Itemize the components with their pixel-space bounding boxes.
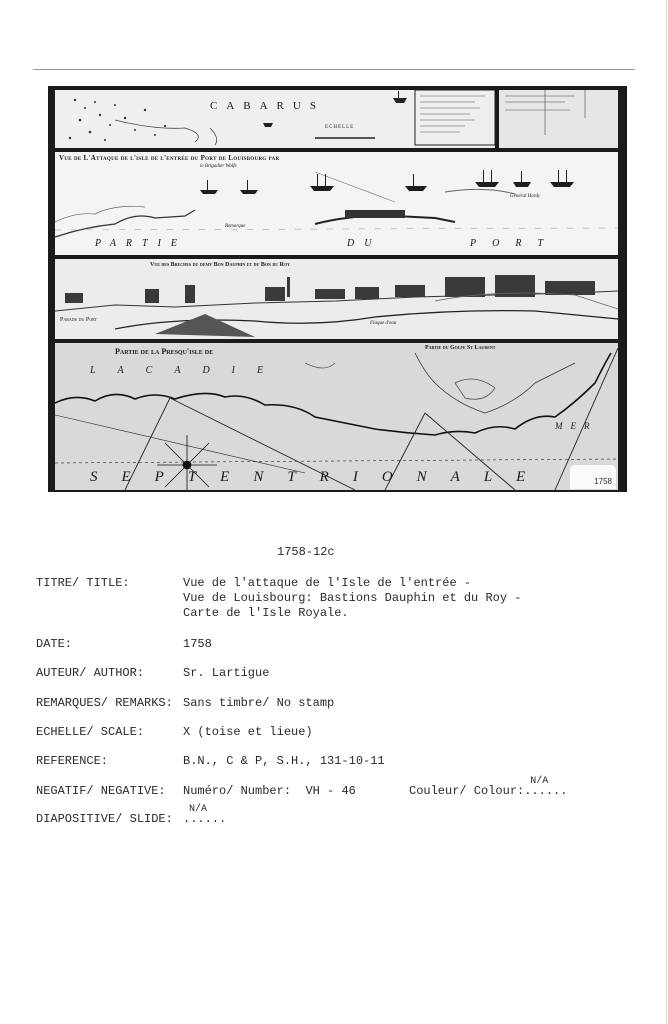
title-value: Vue de l'attaque de l'Isle de l'entrée -… <box>183 576 521 621</box>
plate-number-tag: 1758 <box>570 465 616 489</box>
colour-note: N/A <box>530 774 548 789</box>
golfe-label: Partie du Golfe St Laurent <box>425 345 495 351</box>
port-label: PORT <box>470 238 559 249</box>
scale-bar-label: ECHELLE <box>325 125 354 130</box>
title-label: TITRE/ TITLE: <box>36 576 130 591</box>
colour-label: Couleur/ Colour: <box>409 784 524 798</box>
catalog-number: 1758-12c <box>277 545 335 559</box>
map-panel-breaches-view: Vue des Breches du demy Bon Dauphin et d… <box>55 259 618 339</box>
attack-view-subtitle: le Brigadier Wolfe <box>200 164 237 169</box>
colour-value-wrap: N/A...... <box>524 784 567 799</box>
remarks-label: REMARQUES/ REMARKS: <box>36 696 173 711</box>
page-edge <box>666 0 667 1024</box>
attack-view-title: Vue de L'Attaque de l'isle de l'entrée d… <box>59 154 279 162</box>
slide-note: N/A <box>189 802 207 817</box>
general-hardy-label: Général Hardy <box>510 194 540 199</box>
reference-label: REFERENCE: <box>36 754 108 769</box>
top-rule <box>33 69 635 70</box>
author-value: Sr. Lartigue <box>183 666 269 681</box>
lacadie-label: LACADIE <box>90 365 285 376</box>
attack-view-remark: Remarque <box>225 224 245 229</box>
map-panel-acadie: Partie de la Presqu'isle de Partie du Go… <box>55 343 618 490</box>
breaches-view-drawing <box>55 259 618 339</box>
title-line: Vue de l'attaque de l'Isle de l'entrée - <box>183 576 521 591</box>
negative-number-label: Numéro/ Number: <box>183 784 291 798</box>
title-line: Vue de Louisbourg: Bastions Dauphin et d… <box>183 591 521 606</box>
map-panel-cabarus: CABARUS ECHELLE <box>55 90 618 148</box>
title-line: Carte de l'Isle Royale. <box>183 606 521 621</box>
negative-number-value: VH - 46 <box>305 784 355 798</box>
reference-value: B.N., C & P, S.H., 131-10-11 <box>183 754 385 769</box>
slide-label: DIAPOSITIVE/ SLIDE: <box>36 812 173 827</box>
slide-value-wrap: N/A...... <box>183 812 226 827</box>
colour-field: Couleur/ Colour:N/A...... <box>409 784 567 799</box>
map-photograph: CABARUS ECHELLE <box>48 86 627 492</box>
negative-label: NEGATIF/ NEGATIVE: <box>36 784 166 799</box>
flaque-deau-label: Flaque d'eau <box>370 321 396 326</box>
slide-value-box: N/A...... <box>183 812 226 827</box>
author-label: AUTEUR/ AUTHOR: <box>36 666 144 681</box>
mer-label: MER <box>555 421 598 431</box>
sea-label-cabarus: CABARUS <box>210 100 325 112</box>
scale-value: X (toise et lieue) <box>183 725 313 740</box>
partie-label: PARTIE <box>95 238 187 249</box>
parade-du-port-label: Parade du Port <box>60 317 97 323</box>
map-panel-attack-view: Vue de L'Attaque de l'isle de l'entrée d… <box>55 152 618 255</box>
cabarus-drawing <box>55 90 618 148</box>
map-inner: CABARUS ECHELLE <box>55 90 618 490</box>
scale-label: ECHELLE/ SCALE: <box>36 725 144 740</box>
septentrionale-label: SEPTENTRIONALE <box>90 469 549 486</box>
date-label: DATE: <box>36 637 72 652</box>
remarks-value: Sans timbre/ No stamp <box>183 696 334 711</box>
negative-value: Numéro/ Number: VH - 46 <box>183 784 356 799</box>
du-label: DU <box>347 238 381 249</box>
date-value: 1758 <box>183 637 212 652</box>
presquile-label: Partie de la Presqu'isle de <box>115 347 213 356</box>
breaches-view-title: Vue des Breches du demy Bon Dauphin et d… <box>150 262 290 268</box>
